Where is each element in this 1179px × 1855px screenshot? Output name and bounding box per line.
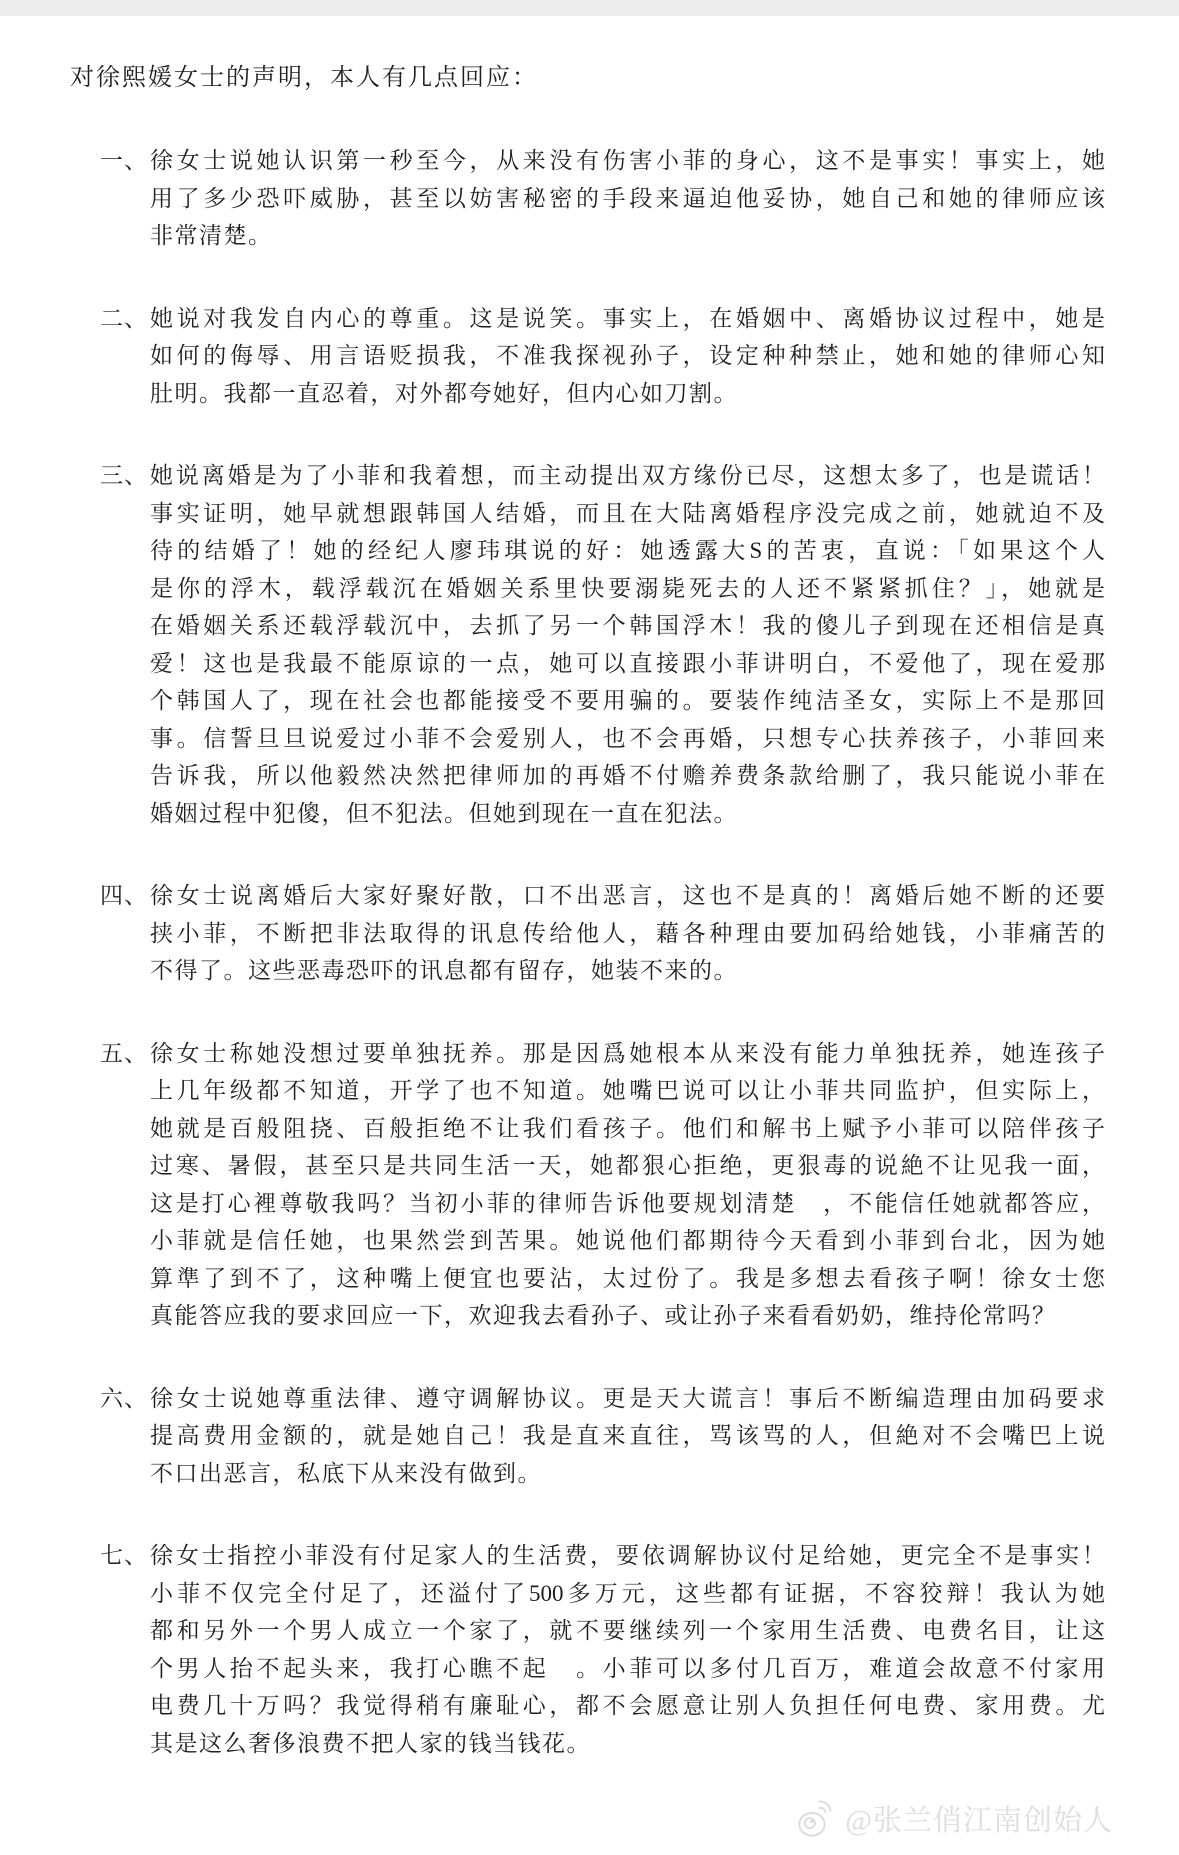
statement-line-text: 徐女士指控小菲没有付足家人的生活费，要依调解协议付足给她，更完全不是事实！	[150, 1543, 1105, 1568]
statement-line: 二、她说对我发自内心的尊重。这是说笑。事实上，在婚姻中、离婚协议过程中，她是	[150, 300, 1105, 338]
statement-line-text: 非常清楚。	[150, 223, 273, 248]
statement-line: 个男人抬不起头来，我打心瞧不起 。小菲可以多付几百万，难道会故意不付家用	[150, 1650, 1105, 1688]
item-number: 六、	[100, 1380, 148, 1418]
statement-line: 三、她说离婚是为了小菲和我着想，而主动提出双方缘份已尽，这想太多了，也是谎话！	[150, 457, 1105, 495]
statement-line-text: 个男人抬不起头来，我打心瞧不起 。小菲可以多付几百万，难道会故意不付家用	[150, 1656, 1105, 1681]
statement-line: 过寒、暑假，甚至只是共同生活一天，她都狠心拒绝，更狠毒的说絶不让见我一面，	[150, 1147, 1105, 1185]
statement-line: 电费几十万吗？我觉得稍有廉耻心，都不会愿意让别人负担任何电费、家用费。尤	[150, 1687, 1105, 1725]
statement-line: 她就是百般阻挠、百般拒绝不让我们看孩子。他们和解书上赋予小菲可以陪伴孩子	[150, 1110, 1105, 1148]
statement-line: 小菲就是信任她，也果然尝到苦果。她说他们都期待今天看到小菲到台北，因为她	[150, 1222, 1105, 1260]
statement-line-text: 都和另外一个男人成立一个家了，就不要继续列一个家用生活费、电费名目，让这	[150, 1618, 1105, 1643]
item-number: 二、	[100, 300, 148, 338]
statement-line-text: 不口出恶言，私底下从来没有做到。	[150, 1461, 542, 1486]
statement-line: 五、徐女士称她没想过要单独抚养。那是因爲她根本从来没有能力单独抚养，她连孩子	[150, 1035, 1105, 1073]
statement-item-2: 二、她说对我发自内心的尊重。这是说笑。事实上，在婚姻中、离婚协议过程中，她是如何…	[150, 300, 1105, 413]
statement-line-text: 挟小菲，不断把非法取得的讯息传给他人，藉各种理由要加码给她钱，小菲痛苦的	[150, 921, 1105, 946]
statement-line: 六、徐女士说她尊重法律、遵守调解协议。更是天大谎言！事后不断编造理由加码要求	[150, 1380, 1105, 1418]
statement-line: 用了多少恐吓威胁，甚至以妨害秘密的手段来逼迫他妥协，她自己和她的律师应该	[150, 180, 1105, 218]
item-number: 一、	[100, 142, 148, 180]
statement-line-text: 小菲就是信任她，也果然尝到苦果。她说他们都期待今天看到小菲到台北，因为她	[150, 1228, 1105, 1253]
statement-line-text: 真能答应我的要求回应一下，欢迎我去看孙子、或让孙子来看看奶奶，维持伦常吗？	[150, 1303, 1057, 1328]
statement-line: 待的结婚了！她的经纪人廖玮琪说的好：她透露大S的苦衷，直说：「如果这个人	[150, 532, 1105, 570]
statement-line-text: 肚明。我都一直忍着，对外都夸她好，但内心如刀割。	[150, 381, 738, 406]
item-number: 三、	[100, 457, 148, 495]
statement-item-6: 六、徐女士说她尊重法律、遵守调解协议。更是天大谎言！事后不断编造理由加码要求提高…	[150, 1380, 1105, 1493]
watermark-handle: @张兰俏江南创始人	[845, 1798, 1113, 1839]
statement-line: 在婚姻关系还载浮载沉中，去抓了另一个韩国浮木！我的傻儿子到现在还相信是真	[150, 607, 1105, 645]
statement-line-text: 爱！这也是我最不能原谅的一点，她可以直接跟小菲讲明白，不爱他了，现在爱那	[150, 651, 1105, 676]
statement-line: 这是打心裡尊敬我吗？当初小菲的律师告诉他要规划清楚 ，不能信任她就都答应，	[150, 1185, 1105, 1223]
statement-line: 小菲不仅完全付足了，还溢付了500多万元，这些都有证据，不容狡辩！我认为她	[150, 1575, 1105, 1613]
statement-line-text: 这是打心裡尊敬我吗？当初小菲的律师告诉他要规划清楚 ，不能信任她就都答应，	[150, 1191, 1105, 1216]
statement-line: 七、徐女士指控小菲没有付足家人的生活费，要依调解协议付足给她，更完全不是事实！	[150, 1537, 1105, 1575]
item-number: 五、	[100, 1035, 148, 1073]
statement-item-5: 五、徐女士称她没想过要单独抚养。那是因爲她根本从来没有能力单独抚养，她连孩子上几…	[150, 1035, 1105, 1335]
statement-line: 告诉我，所以他毅然决然把律师加的再婚不付赡养费条款给删了，我只能说小菲在	[150, 757, 1105, 795]
statement-line: 其是这么奢侈浪费不把人家的钱当钱花。	[150, 1725, 1105, 1763]
statement-line: 四、徐女士说离婚后大家好聚好散，口不出恶言，这也不是真的！离婚后她不断的还要	[150, 877, 1105, 915]
statement-line-text: 用了多少恐吓威胁，甚至以妨害秘密的手段来逼迫他妥协，她自己和她的律师应该	[150, 186, 1105, 211]
statement-line: 都和另外一个男人成立一个家了，就不要继续列一个家用生活费、电费名目，让这	[150, 1612, 1105, 1650]
statement-line-text: 徐女士称她没想过要单独抚养。那是因爲她根本从来没有能力单独抚养，她连孩子	[150, 1041, 1105, 1066]
statement-document: 对徐熙媛女士的声明，本人有几点回应： 一、徐女士说她认识第一秒至今，从来没有伤害…	[0, 60, 1179, 1762]
statement-line: 上几年级都不知道，开学了也不知道。她嘴巴说可以让小菲共同监护，但实际上，	[150, 1072, 1105, 1110]
statement-line: 是你的浮木，载浮载沉在婚姻关系里快要溺毙死去的人还不紧紧抓住？」，她就是	[150, 570, 1105, 608]
statement-line: 提高费用金额的，就是她自己！我是直来直往，骂该骂的人，但絶对不会嘴巴上说	[150, 1417, 1105, 1455]
statement-line-text: 告诉我，所以他毅然决然把律师加的再婚不付赡养费条款给删了，我只能说小菲在	[150, 763, 1105, 788]
statement-line-text: 上几年级都不知道，开学了也不知道。她嘴巴说可以让小菲共同监护，但实际上，	[150, 1078, 1105, 1103]
statement-item-3: 三、她说离婚是为了小菲和我着想，而主动提出双方缘份已尽，这想太多了，也是谎话！事…	[150, 457, 1105, 832]
statement-line-text: 在婚姻关系还载浮载沉中，去抓了另一个韩国浮木！我的傻儿子到现在还相信是真	[150, 613, 1105, 638]
document-title: 对徐熙媛女士的声明，本人有几点回应：	[70, 60, 1179, 97]
statement-line-text: 徐女士说她尊重法律、遵守调解协议。更是天大谎言！事后不断编造理由加码要求	[150, 1386, 1105, 1411]
top-gray-bar	[0, 0, 1179, 16]
statement-line-text: 她说离婚是为了小菲和我着想，而主动提出双方缘份已尽，这想太多了，也是谎话！	[150, 463, 1105, 488]
statement-line: 肚明。我都一直忍着，对外都夸她好，但内心如刀割。	[150, 375, 1105, 413]
statement-line-text: 过寒、暑假，甚至只是共同生活一天，她都狠心拒绝，更狠毒的说絶不让见我一面，	[150, 1153, 1105, 1178]
statement-line-text: 如何的侮辱、用言语贬损我，不准我探视孙子，设定种种禁止，她和她的律师心知	[150, 343, 1105, 368]
statement-item-1: 一、徐女士说她认识第一秒至今，从来没有伤害小菲的身心，这不是事实！事实上，她用了…	[150, 142, 1105, 255]
statement-line: 爱！这也是我最不能原谅的一点，她可以直接跟小菲讲明白，不爱他了，现在爱那	[150, 645, 1105, 683]
statement-line-text: 婚姻过程中犯傻，但不犯法。但她到现在一直在犯法。	[150, 801, 738, 826]
statement-line: 事。信誓旦旦说爱过小菲不会爱别人，也不会再婚，只想专心扶养孩子，小菲回来	[150, 720, 1105, 758]
statement-line-text: 不得了。这些恶毒恐吓的讯息都有留存，她装不来的。	[150, 958, 738, 983]
statement-line-text: 个韩国人了，现在社会也都能接受不要用骗的。要装作纯洁圣女，实际上不是那回	[150, 688, 1105, 713]
statement-line: 不得了。这些恶毒恐吓的讯息都有留存，她装不来的。	[150, 952, 1105, 990]
statement-line-text: 徐女士说她认识第一秒至今，从来没有伤害小菲的身心，这不是事实！事实上，她	[150, 148, 1105, 173]
statement-line-text: 其是这么奢侈浪费不把人家的钱当钱花。	[150, 1731, 591, 1756]
statement-line: 非常清楚。	[150, 217, 1105, 255]
watermark: @张兰俏江南创始人	[796, 1796, 1113, 1840]
statement-line-text: 她就是百般阻挠、百般拒绝不让我们看孩子。他们和解书上赋予小菲可以陪伴孩子	[150, 1116, 1105, 1141]
statement-line-text: 待的结婚了！她的经纪人廖玮琪说的好：她透露大S的苦衷，直说：「如果这个人	[150, 538, 1105, 563]
statement-line: 婚姻过程中犯傻，但不犯法。但她到现在一直在犯法。	[150, 795, 1105, 833]
statement-line: 个韩国人了，现在社会也都能接受不要用骗的。要装作纯洁圣女，实际上不是那回	[150, 682, 1105, 720]
statement-line-text: 事。信誓旦旦说爱过小菲不会爱别人，也不会再婚，只想专心扶养孩子，小菲回来	[150, 726, 1105, 751]
statement-line: 算準了到不了，这种嘴上便宜也要沾，太过份了。我是多想去看孩子啊！徐女士您	[150, 1260, 1105, 1298]
statement-line: 挟小菲，不断把非法取得的讯息传给他人，藉各种理由要加码给她钱，小菲痛苦的	[150, 915, 1105, 953]
statement-line: 一、徐女士说她认识第一秒至今，从来没有伤害小菲的身心，这不是事实！事实上，她	[150, 142, 1105, 180]
statement-line-text: 算準了到不了，这种嘴上便宜也要沾，太过份了。我是多想去看孩子啊！徐女士您	[150, 1266, 1105, 1291]
statement-line: 真能答应我的要求回应一下，欢迎我去看孙子、或让孙子来看看奶奶，维持伦常吗？	[150, 1297, 1105, 1335]
statement-line-text: 事实证明，她早就想跟韩国人结婚，而且在大陆离婚程序没完成之前，她就迫不及	[150, 501, 1105, 526]
statement-line-text: 电费几十万吗？我觉得稍有廉耻心，都不会愿意让别人负担任何电费、家用费。尤	[150, 1693, 1105, 1718]
statement-line: 不口出恶言，私底下从来没有做到。	[150, 1455, 1105, 1493]
statement-line-text: 她说对我发自内心的尊重。这是说笑。事实上，在婚姻中、离婚协议过程中，她是	[150, 306, 1105, 331]
statement-item-4: 四、徐女士说离婚后大家好聚好散，口不出恶言，这也不是真的！离婚后她不断的还要挟小…	[150, 877, 1105, 990]
statement-line-text: 徐女士说离婚后大家好聚好散，口不出恶言，这也不是真的！离婚后她不断的还要	[150, 883, 1105, 908]
statement-list: 一、徐女士说她认识第一秒至今，从来没有伤害小菲的身心，这不是事实！事实上，她用了…	[0, 142, 1179, 1762]
statement-line: 如何的侮辱、用言语贬损我，不准我探视孙子，设定种种禁止，她和她的律师心知	[150, 337, 1105, 375]
weibo-icon	[796, 1796, 838, 1840]
item-number: 七、	[100, 1537, 148, 1575]
statement-line: 事实证明，她早就想跟韩国人结婚，而且在大陆离婚程序没完成之前，她就迫不及	[150, 495, 1105, 533]
statement-line-text: 小菲不仅完全付足了，还溢付了500多万元，这些都有证据，不容狡辩！我认为她	[150, 1581, 1105, 1606]
statement-line-text: 是你的浮木，载浮载沉在婚姻关系里快要溺毙死去的人还不紧紧抓住？」，她就是	[150, 576, 1105, 601]
statement-item-7: 七、徐女士指控小菲没有付足家人的生活费，要依调解协议付足给她，更完全不是事实！小…	[150, 1537, 1105, 1762]
item-number: 四、	[100, 877, 148, 915]
statement-line-text: 提高费用金额的，就是她自己！我是直来直往，骂该骂的人，但絶对不会嘴巴上说	[150, 1423, 1105, 1448]
